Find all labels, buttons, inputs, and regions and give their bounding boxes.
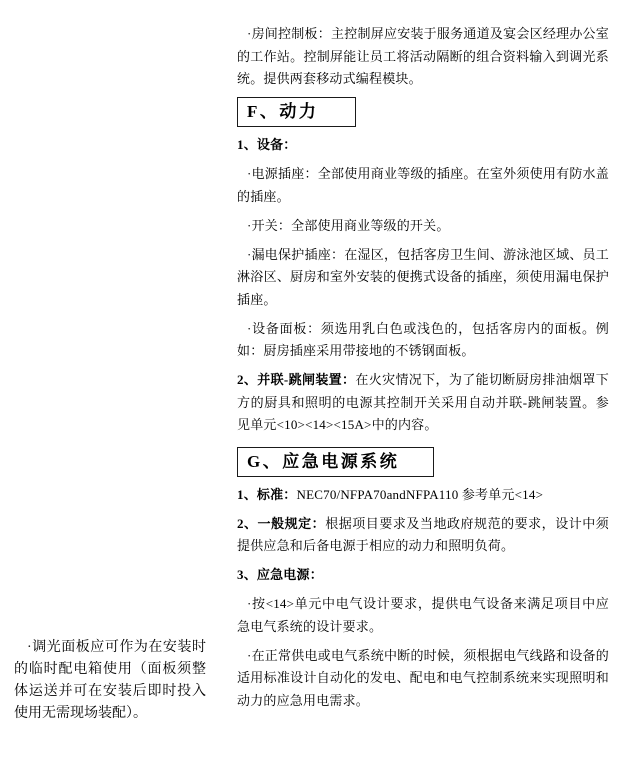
item-label: 2、一般规定： — [237, 516, 325, 531]
bullet-auto-generation: ·在正常供电或电气系统中断的时候，须根据电气线路和设备的适用标准设计自动化的发电… — [237, 645, 609, 713]
item-standards: 1、标准：NEC70/NFPA70andNFPA110 参考单元<14> — [237, 484, 609, 507]
intro-paragraph-room-control-panel: ·房间控制板：主控制屏应安装于服务通道及宴会区经理办公室的工作站。控制屏能让员工… — [237, 23, 609, 91]
bullet-power-sockets: ·电源插座：全部使用商业等级的插座。在室外须使用有防水盖的插座。 — [237, 163, 609, 208]
section-g-heading: G、应急电源系统 — [237, 447, 434, 477]
item-general-rules: 2、一般规定：根据项目要求及当地政府规范的要求，设计中须提供应急和后备电源于相应… — [237, 513, 609, 558]
item-label: 2、并联-跳闸装置： — [237, 372, 355, 387]
bullet-switches: ·开关：全部使用商业等级的开关。 — [237, 215, 609, 238]
item-shunt-trip-device: 2、并联-跳闸装置：在火灾情况下，为了能切断厨房排油烟罩下方的厨具和照明的电源其… — [237, 369, 609, 437]
main-text-column: ·房间控制板：主控制屏应安装于服务通道及宴会区经理办公室的工作站。控制屏能让员工… — [237, 23, 609, 719]
item-text: NEC70/NFPA70andNFPA110 参考单元<14> — [297, 487, 544, 502]
document-page: ·调光面板应可作为在安装时的临时配电箱使用（面板须整体运送并可在安装后即时投入使… — [0, 0, 621, 780]
item-label: 3、应急电源： — [237, 567, 323, 582]
item-emergency-power-label: 3、应急电源： — [237, 564, 609, 587]
item-equipment-label: 1、设备： — [237, 134, 609, 157]
bullet-device-panels: ·设备面板：须选用乳白色或浅色的，包括客房内的面板。例如：厨房插座采用带接地的不… — [237, 318, 609, 363]
bullet-gfci-sockets: ·漏电保护插座：在湿区，包括客房卫生间、游泳池区域、员工淋浴区、厨房和室外安装的… — [237, 244, 609, 312]
item-label: 1、设备： — [237, 137, 297, 152]
bullet-emergency-equipment: ·按<14>单元中电气设计要求，提供电气设备来满足项目中应急电气系统的设计要求。 — [237, 593, 609, 638]
margin-note-dimmer-panel: ·调光面板应可作为在安装时的临时配电箱使用（面板须整体运送并可在安装后即时投入使… — [14, 637, 206, 725]
section-f-heading: F、动力 — [237, 97, 356, 127]
item-label: 1、标准： — [237, 487, 297, 502]
